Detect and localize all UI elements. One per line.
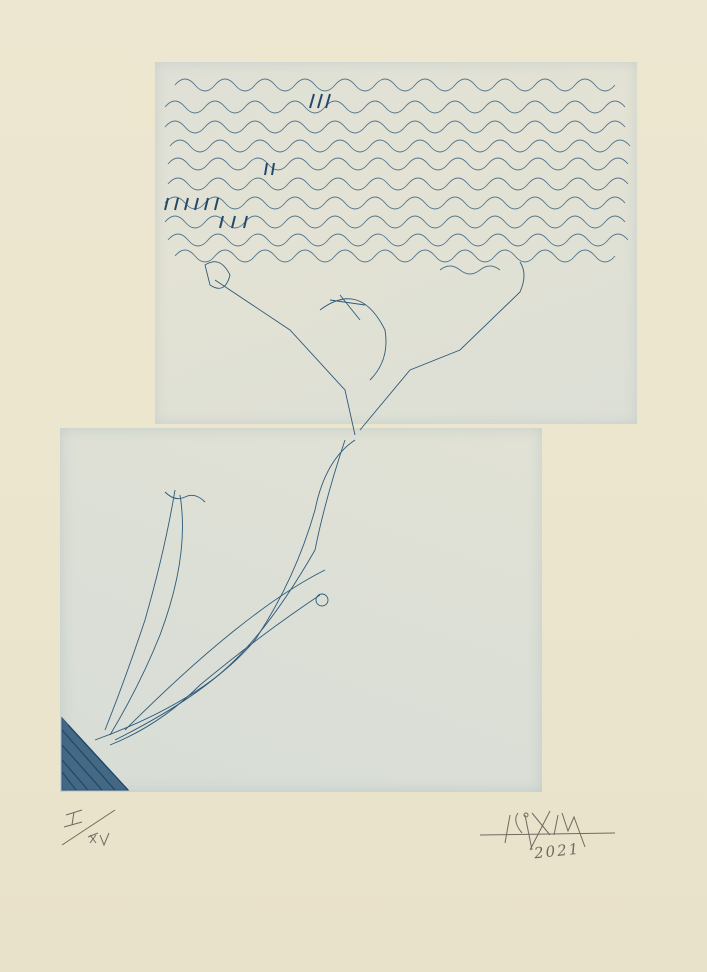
crosshatch-corner xyxy=(62,718,128,790)
mirrored-handwriting xyxy=(165,79,630,274)
figure-drawing xyxy=(95,262,524,745)
edition-number: I XV xyxy=(60,795,140,855)
edition-pencil-marks xyxy=(60,795,140,855)
